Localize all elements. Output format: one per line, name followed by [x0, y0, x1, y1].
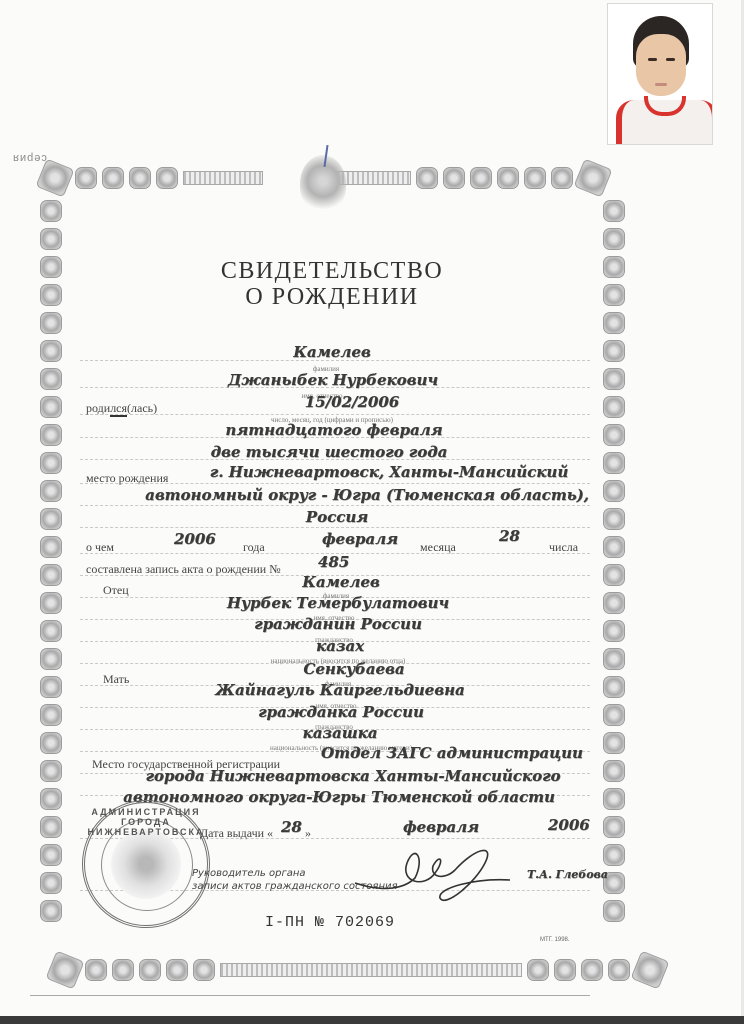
ornament-tile-icon [603, 844, 625, 866]
ornament-tile-icon [40, 676, 62, 698]
ornament-tile-icon [40, 536, 62, 558]
ornament-tile-icon [603, 648, 625, 670]
o-chem-label: о чем [86, 540, 114, 555]
ornament-tile-icon [40, 620, 62, 642]
ornament-tile-icon [40, 788, 62, 810]
birthplace-line3: Россия [306, 508, 368, 526]
ornament-tile-icon [40, 564, 62, 586]
ornament-star-icon [573, 158, 612, 197]
ornament-tile-icon [603, 368, 625, 390]
issue-date-label: Дата выдачи « [200, 826, 273, 841]
ornament-tile-icon [551, 167, 573, 189]
ornament-star-icon [35, 158, 74, 197]
ornament-tile-icon [603, 900, 625, 922]
ornament-tile-icon [497, 167, 519, 189]
ornament-tile-icon [603, 200, 625, 222]
issue-month: февраля [403, 818, 479, 836]
ornament-tile-icon [603, 676, 625, 698]
birth-date-digits: 15/02/2006 [305, 393, 399, 411]
photo-mouth [655, 83, 667, 86]
ornament-tile-icon [470, 167, 492, 189]
ornament-tile-icon [40, 760, 62, 782]
ornament-tile-icon [129, 167, 151, 189]
birthplace-line1: г. Нижневартовск, Ханты-Мансийский [210, 463, 569, 481]
registration-line2: города Нижневартовска Ханты-Мансийского [145, 767, 560, 785]
signature-icon [345, 838, 515, 913]
ornament-tile-icon [603, 760, 625, 782]
ornament-band [220, 963, 522, 977]
ornament-tile-icon [603, 508, 625, 530]
ornament-tile-icon [603, 536, 625, 558]
record-label: составлена запись акта о рождении № [86, 562, 281, 577]
father-citizenship: гражданин России [254, 615, 422, 633]
photo-eye [648, 58, 657, 61]
ornament-tile-icon [443, 167, 465, 189]
scan-edge [0, 1016, 744, 1024]
mother-label: Мать [103, 672, 129, 687]
signatory-name: Т.А. Глебова [527, 868, 608, 881]
ornament-tile-icon [603, 732, 625, 754]
child-given-names: Джаныбек Нурбекович [228, 371, 438, 389]
ornament-tile-icon [156, 167, 178, 189]
record-day: 28 [499, 527, 520, 545]
birthplace-label: место рождения [86, 471, 168, 486]
ornament-tile-icon [40, 704, 62, 726]
father-surname: Камелев [302, 573, 380, 591]
ornament-tile-icon [581, 959, 603, 981]
ornament-tile-icon [193, 959, 215, 981]
mother-given-names: Жайнагуль Каиргельдиевна [215, 681, 464, 699]
record-month: февраля [322, 530, 398, 548]
document-title-line2: О РОЖДЕНИИ [0, 284, 664, 311]
ornament-tile-icon [40, 228, 62, 250]
mother-surname: Сенкубаева [303, 660, 404, 678]
ornament-tile-icon [40, 872, 62, 894]
photo-eye [666, 58, 675, 61]
ornament-tile-icon [524, 167, 546, 189]
ornament-tile-icon [40, 424, 62, 446]
series-side-mark: серия [12, 152, 47, 164]
ornament-tile-icon [40, 732, 62, 754]
ornament-tile-icon [603, 396, 625, 418]
ornament-tile-icon [603, 816, 625, 838]
printer-mark: МТГ. 1998. [540, 937, 570, 943]
father-nationality: казах [316, 637, 364, 655]
child-photo [607, 3, 713, 145]
issue-year: 2006 [548, 816, 590, 834]
ornament-tile-icon [40, 844, 62, 866]
born-label: родился(лась) [86, 401, 157, 416]
ornament-tile-icon [603, 788, 625, 810]
ornament-tile-icon [102, 167, 124, 189]
signatory-label-line1: Руководитель органа [192, 868, 306, 879]
ornament-tile-icon [608, 959, 630, 981]
record-number: 485 [318, 553, 349, 571]
ornament-tile-icon [40, 452, 62, 474]
official-seal: АДМИНИСТРАЦИЯ ГОРОДА НИЖНЕВАРТОВСКА [82, 800, 210, 928]
document-title: СВИДЕТЕЛЬСТВО [0, 258, 664, 285]
ornament-tile-icon [603, 564, 625, 586]
ornament-tile-icon [603, 424, 625, 446]
registration-line3: автономного округа-Югры Тюменской област… [123, 788, 555, 806]
birth-year-words: две тысячи шестого года [211, 443, 448, 461]
ornament-tile-icon [40, 480, 62, 502]
ornament-tile-icon [527, 959, 549, 981]
ornament-tile-icon [416, 167, 438, 189]
ornament-tile-icon [603, 592, 625, 614]
father-given-names: Нурбек Темербулатович [227, 594, 449, 612]
ornament-tile-icon [112, 959, 134, 981]
photo-face [636, 34, 686, 96]
ornament-tile-icon [40, 368, 62, 390]
ornament-tile-icon [40, 396, 62, 418]
month-label: месяца [420, 540, 456, 555]
ornament-tile-icon [554, 959, 576, 981]
ornament-tile-icon [40, 200, 62, 222]
issue-close-quote: » [305, 826, 311, 841]
year-label: года [243, 540, 265, 555]
child-surname: Камелев [293, 343, 371, 361]
mother-citizenship: гражданка России [258, 703, 424, 721]
birthplace-line2: автономный округ - Югра (Тюменская облас… [145, 486, 589, 504]
ornament-tile-icon [603, 480, 625, 502]
record-year: 2006 [174, 530, 216, 548]
ruled-line [80, 505, 590, 506]
ornament-tile-icon [40, 340, 62, 362]
certificate-serial-number: I-ПН № 702069 [265, 914, 395, 931]
registration-line1: Отдел ЗАГС администрации [321, 744, 583, 762]
father-label: Отец [103, 583, 129, 598]
day-label: числа [549, 540, 578, 555]
mother-nationality: казашка [303, 724, 378, 742]
ornament-tile-icon [603, 452, 625, 474]
ornament-band [183, 171, 263, 185]
page-rule [30, 995, 590, 996]
ornament-tile-icon [40, 592, 62, 614]
ornament-tile-icon [85, 959, 107, 981]
ornament-tile-icon [603, 340, 625, 362]
ornament-star-icon [630, 950, 669, 989]
ornament-tile-icon [603, 312, 625, 334]
ornament-border-bottom [50, 960, 665, 980]
issue-day: 28 [281, 818, 302, 836]
ornament-tile-icon [40, 508, 62, 530]
ornament-tile-icon [40, 312, 62, 334]
ornament-tile-icon [166, 959, 188, 981]
ornament-tile-icon [603, 620, 625, 642]
ornament-tile-icon [75, 167, 97, 189]
ornament-tile-icon [40, 900, 62, 922]
birth-date-words: пятнадцатого февраля [225, 421, 442, 439]
ornament-tile-icon [40, 648, 62, 670]
ornament-tile-icon [40, 816, 62, 838]
ornament-tile-icon [139, 959, 161, 981]
seal-text: АДМИНИСТРАЦИЯ ГОРОДА НИЖНЕВАРТОВСКА [85, 807, 207, 837]
ornament-tile-icon [603, 704, 625, 726]
ornament-tile-icon [603, 228, 625, 250]
ornament-star-icon [45, 950, 84, 989]
